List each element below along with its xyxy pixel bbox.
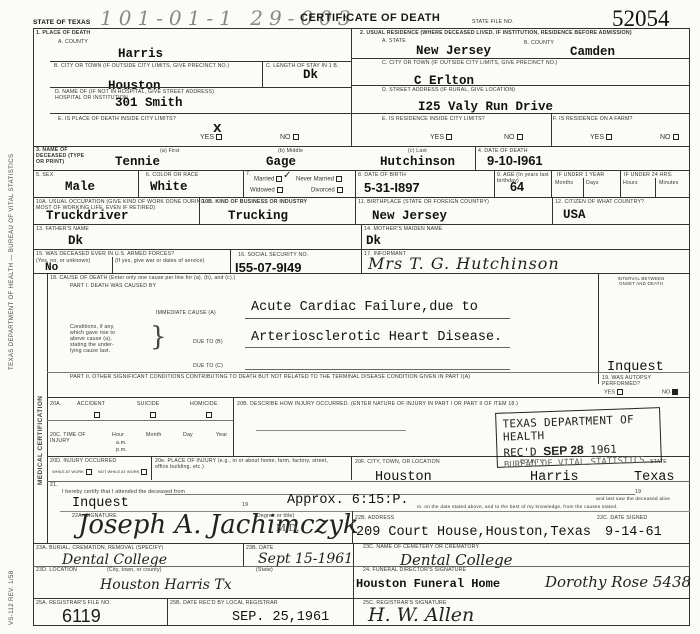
death-county: Harris (118, 47, 163, 61)
place-of-injury-label: 20e. PLACE OF INJURY (e.g., in or about … (155, 458, 335, 470)
injury-county: Harris (530, 470, 579, 485)
medical-bar (47, 273, 48, 543)
res-inside-no-checkbox[interactable]: NO (504, 134, 523, 141)
certifier-address: 209 Court House,Houston,Texas (356, 525, 591, 540)
father-name: Dk (68, 234, 83, 248)
age-label: 9. AGE (In years last birthday) (497, 172, 553, 184)
death-inside-no-checkbox[interactable]: NO (280, 134, 299, 141)
divider (33, 197, 690, 198)
divider (256, 430, 406, 431)
stamp-line1: TEXAS DEPARTMENT OF HEALTH (502, 412, 654, 443)
local-registrar-date: SEP. 25,1961 (232, 610, 329, 625)
stamp-date: SEP 28 (543, 443, 584, 458)
res-farm-label: f. IS RESIDENCE ON A FARM? (553, 116, 633, 122)
divider (475, 146, 476, 170)
x-mark: X (213, 122, 221, 135)
occupation: Truckdriver (46, 209, 129, 223)
divider (112, 257, 113, 273)
cemetery-label: 23c. NAME OF CEMETERY OR CREMATORY (363, 544, 479, 550)
m-text: m. on the date stated above, and to the … (417, 505, 618, 510)
location-state: (State) (256, 567, 273, 573)
divider (47, 397, 690, 398)
under-year-label: IF UNDER 1 YEAR (557, 172, 604, 178)
autopsy-yes-checkbox[interactable]: YES (604, 389, 623, 395)
divider (655, 178, 656, 197)
cert-num: 21. (50, 482, 58, 488)
stamp-recd: REC'D (503, 445, 537, 459)
interval-label: INTERVAL BETWEEN ONSET AND DEATH (611, 276, 671, 286)
hospital: 301 Smith (115, 96, 183, 110)
year-label: Year (216, 432, 227, 438)
divider (50, 87, 351, 88)
accident-checkbox[interactable] (94, 412, 100, 418)
race: White (150, 180, 188, 194)
res-county: Camden (570, 45, 615, 59)
res-inside-yes-checkbox[interactable]: YES (430, 134, 452, 141)
days-label: Days (586, 180, 599, 186)
never-married-label: Never Married (296, 177, 334, 183)
divider (351, 85, 689, 86)
no-label: NO (662, 389, 670, 395)
divider-center-top (351, 28, 352, 146)
divider (598, 273, 599, 384)
immediate-cause: Acute Cardiac Failure,due to (251, 300, 478, 315)
divider (353, 598, 354, 626)
divider (47, 420, 233, 421)
name-label: 3. NAME OF DECEASED (Type or print) (36, 147, 92, 165)
res-county-label: b. COUNTY (524, 40, 554, 46)
due-to-b: Arteriosclerotic Heart Disease. (251, 330, 502, 345)
res-farm-yes-checkbox[interactable]: YES (590, 134, 612, 141)
divider (262, 61, 263, 87)
divider (245, 347, 510, 348)
yes-label: YES (430, 134, 444, 141)
divider (552, 197, 553, 224)
no-label: NO (504, 134, 515, 141)
birthplace-label: 11. BIRTHPLACE (State or foreign country… (358, 199, 489, 205)
describe-injury-label: 20b. DESCRIBE HOW INJURY OCCURRED. (Ente… (237, 401, 518, 407)
side-text-medical: MEDICAL CERTIFICATION (37, 396, 44, 485)
business-label: 10b. KIND OF BUSINESS OR INDUSTRY (202, 199, 307, 205)
location-value: Houston Harris Tx (100, 577, 232, 593)
injury-occurred-label: 20d. INJURY OCCURRED (50, 458, 116, 464)
last-name: Hutchinson (380, 155, 455, 169)
divider (551, 113, 552, 146)
part1-label: PART I. DEATH WAS CAUSED BY (70, 283, 156, 289)
res-farm-no-checkbox[interactable]: NO (660, 134, 679, 141)
widowed-label: Widowed (250, 188, 275, 194)
while-at-work-checkbox[interactable]: WHILE AT WORK (52, 469, 92, 475)
divider (33, 170, 690, 171)
never-married-checkbox[interactable]: Never Married (296, 176, 342, 183)
location-sub: (City, town, or county) (107, 567, 162, 573)
suicide-checkbox[interactable] (150, 412, 156, 418)
brace: } (150, 322, 167, 352)
first-name-label: (a) First (160, 148, 180, 154)
registrar-file-no: 6119 (62, 606, 101, 627)
citizen: USA (563, 208, 586, 222)
divorced-checkbox[interactable]: Divorced (311, 187, 343, 194)
divider (151, 456, 152, 480)
divider (583, 178, 584, 197)
middle-name-label: (b) Middle (278, 148, 303, 154)
divider (33, 598, 690, 599)
divider (33, 273, 690, 274)
business: Trucking (228, 209, 288, 223)
check-mark: ✓ (283, 170, 291, 181)
hours-label: Hours (623, 180, 638, 186)
divider (50, 113, 351, 114)
not-at-work-label: NOT WHILE AT WORK (98, 469, 139, 474)
no-label: NO (280, 134, 291, 141)
accident-label: ACCIDENT (77, 401, 105, 407)
divider (243, 170, 244, 197)
divider (167, 598, 168, 626)
county-label: a. COUNTY (58, 39, 88, 45)
divider (351, 58, 689, 59)
frame-right (689, 28, 690, 626)
divider (47, 481, 690, 482)
married-checkbox[interactable]: Married (254, 176, 282, 183)
date-signed-label: 22c. DATE SIGNED (597, 515, 647, 521)
widowed-checkbox[interactable]: Widowed (250, 187, 283, 194)
conditions-note: Conditions, if any, which gave rise to a… (70, 324, 125, 354)
while-at-work-label: WHILE AT WORK (52, 469, 84, 474)
injury-state: Texas (634, 470, 675, 485)
res-city-label: c. CITY OR TOWN (If outside city limits,… (382, 60, 558, 66)
res-state-label: a. STATE (382, 38, 406, 44)
divider (243, 543, 244, 566)
funeral-home: Houston Funeral Home (356, 577, 500, 591)
married-label: Married (254, 177, 274, 183)
physician-signature: Joseph A. Jachimczyk (78, 510, 359, 540)
res-state: New Jersey (416, 44, 491, 58)
registrar-signature: H. W. Allen (368, 604, 474, 626)
attended-to: Approx. 6:15:P. (287, 493, 409, 508)
length-of-stay: Dk (303, 68, 318, 82)
divider (230, 249, 231, 273)
divider (245, 318, 510, 319)
form-code: VS-112 REV. 1/58 (9, 571, 15, 625)
state-of-texas: STATE OF TEXAS (33, 19, 90, 26)
autopsy-label: 19. WAS AUTOPSY PERFORMED? (602, 375, 672, 387)
middle-name: Gage (266, 155, 296, 169)
divider (551, 170, 552, 197)
stamp-year: 1961 (590, 443, 617, 457)
divider (351, 113, 689, 114)
funeral-director-signature: Dorothy Rose 5438 (545, 573, 691, 591)
am-label: a.m. (116, 440, 127, 446)
divider (33, 146, 690, 147)
divider (352, 511, 353, 543)
frame-left (33, 28, 34, 626)
immediate-cause-label: IMMEDIATE CAUSE (a) (156, 310, 216, 316)
local-registrar-date-label: 25b. DATE REC'D BY LOCAL REGISTRAR (170, 600, 278, 606)
armed-sub2: (If yes, give war or dates of service) (115, 258, 204, 264)
due-to-c-label: DUE TO (c) (193, 363, 223, 369)
cause-label: 18. CAUSE OF DEATH (Enter only one cause… (50, 275, 235, 281)
month-label: Month (146, 432, 161, 438)
death-inside-yes-checkbox[interactable]: YES (200, 134, 222, 141)
birthplace: New Jersey (372, 209, 447, 223)
yes-label: YES (590, 134, 604, 141)
yes-label: YES (604, 389, 615, 395)
divider (245, 369, 510, 370)
divider (351, 456, 352, 480)
ssn-label: 16. SOCIAL SECURITY NO. (238, 252, 308, 258)
last-saw-text: and last saw the deceased alive (596, 497, 670, 502)
injury-num: 20a. (50, 401, 61, 407)
injury-city-label: 20f. CITY, TOWN, OR LOCATION (355, 459, 440, 465)
attended-from: Inquest (72, 496, 129, 511)
frame-top (33, 28, 690, 29)
frame-bottom (33, 625, 690, 626)
sex: Male (65, 180, 95, 194)
cert-19: 19 (635, 489, 641, 495)
state-file-no-label: STATE FILE NO. (472, 19, 514, 25)
homicide-checkbox[interactable] (206, 412, 212, 418)
funeral-director-label: 24. FUNERAL DIRECTOR'S SIGNATURE (363, 567, 466, 573)
day-label: Day (183, 432, 193, 438)
sex-label: 5. SEX (36, 172, 53, 178)
suicide-label: SUICIDE (137, 401, 159, 407)
city-label: b. CITY OR TOWN (If outside city limits,… (54, 63, 229, 69)
date-signed: 9-14-61 (605, 525, 662, 540)
divider (494, 170, 495, 197)
under-24-label: IF UNDER 24 HRS. (624, 172, 673, 178)
divider (33, 543, 690, 544)
injury-city: Houston (375, 470, 432, 485)
homicide-label: HOMICIDE (190, 401, 218, 407)
divorced-label: Divorced (311, 188, 335, 194)
degree-label: (Degree or title) (255, 513, 294, 519)
location-label: 23d. LOCATION (36, 567, 77, 573)
minutes-label: Minutes (659, 180, 679, 186)
part2-label: PART II. OTHER SIGNIFICANT CONDITIONS CO… (70, 374, 470, 380)
disposition-date: Sept 15-1961 (258, 551, 353, 567)
received-stamp: TEXAS DEPARTMENT OF HEALTH REC'D SEP 28 … (495, 407, 662, 468)
date-of-birth: 5-31-I897 (364, 180, 420, 195)
dob-label: 8. DATE OF BIRTH (358, 172, 406, 178)
last-name-label: (c) Last (408, 148, 427, 154)
armed-forces-label: 15. WAS DECEASED EVER IN U.S. ARMED FORC… (36, 251, 174, 257)
mother-label: 14. MOTHER'S MAIDEN NAME (364, 226, 442, 232)
citizen-label: 12. CITIZEN OF WHAT COUNTRY? (555, 199, 644, 205)
place-of-death-label: 1. PLACE OF DEATH (36, 30, 90, 36)
divider (47, 372, 690, 373)
age: 64 (510, 180, 524, 194)
time-of-injury-label: 20c. TIME OF INJURY (50, 432, 95, 444)
hour-label: Hour (112, 432, 124, 438)
res-street-label: d. STREET ADDRESS (If rural, give locati… (382, 87, 515, 93)
divider (620, 170, 621, 197)
months-label: Months (555, 180, 573, 186)
date-of-death: 9-10-I961 (487, 153, 543, 168)
divider (355, 197, 356, 224)
due-to-b-label: DUE TO (b) (193, 339, 223, 345)
address-label: 22b. ADDRESS (355, 515, 394, 521)
no-label: NO (660, 134, 671, 141)
autopsy-no-checkbox[interactable]: NO (662, 389, 678, 395)
cert-19b: 19 (242, 502, 248, 508)
divider (361, 224, 362, 249)
yes-label: YES (200, 134, 214, 141)
divider (361, 249, 362, 273)
marital-num: 7. (246, 171, 251, 177)
divider (233, 397, 234, 456)
res-street: I25 Valy Run Drive (418, 100, 553, 114)
res-inside-limits-label: e. IS RESIDENCE INSIDE CITY LIMITS? (382, 116, 485, 122)
mother-name: Dk (366, 234, 381, 248)
divider (355, 170, 356, 197)
pm-label: p.m. (116, 447, 127, 453)
divider (353, 543, 354, 598)
divider (138, 170, 139, 197)
burial-label: 23a. BURIAL, CREMATION, REMOVAL (Specify… (36, 545, 163, 551)
informant-signature: Mrs T. G. Hutchinson (368, 254, 560, 273)
first-name: Tennie (115, 155, 160, 169)
degree: M.D. (276, 522, 299, 534)
race-label: 6. COLOR OR RACE (146, 172, 199, 178)
certificate-title: CERTIFICATE OF DEATH (300, 12, 440, 24)
divider (199, 197, 200, 224)
death-inside-limits-label: e. IS PLACE OF DEATH INSIDE CITY LIMITS? (58, 116, 176, 122)
not-at-work-checkbox[interactable]: NOT WHILE AT WORK (98, 469, 147, 475)
usual-residence-label: 2. USUAL RESIDENCE (Where deceased lived… (360, 30, 632, 36)
father-label: 13. FATHER'S NAME (36, 226, 89, 232)
side-text-dept: TEXAS DEPARTMENT OF HEALTH — BUREAU OF V… (9, 154, 15, 370)
divider (50, 61, 351, 62)
